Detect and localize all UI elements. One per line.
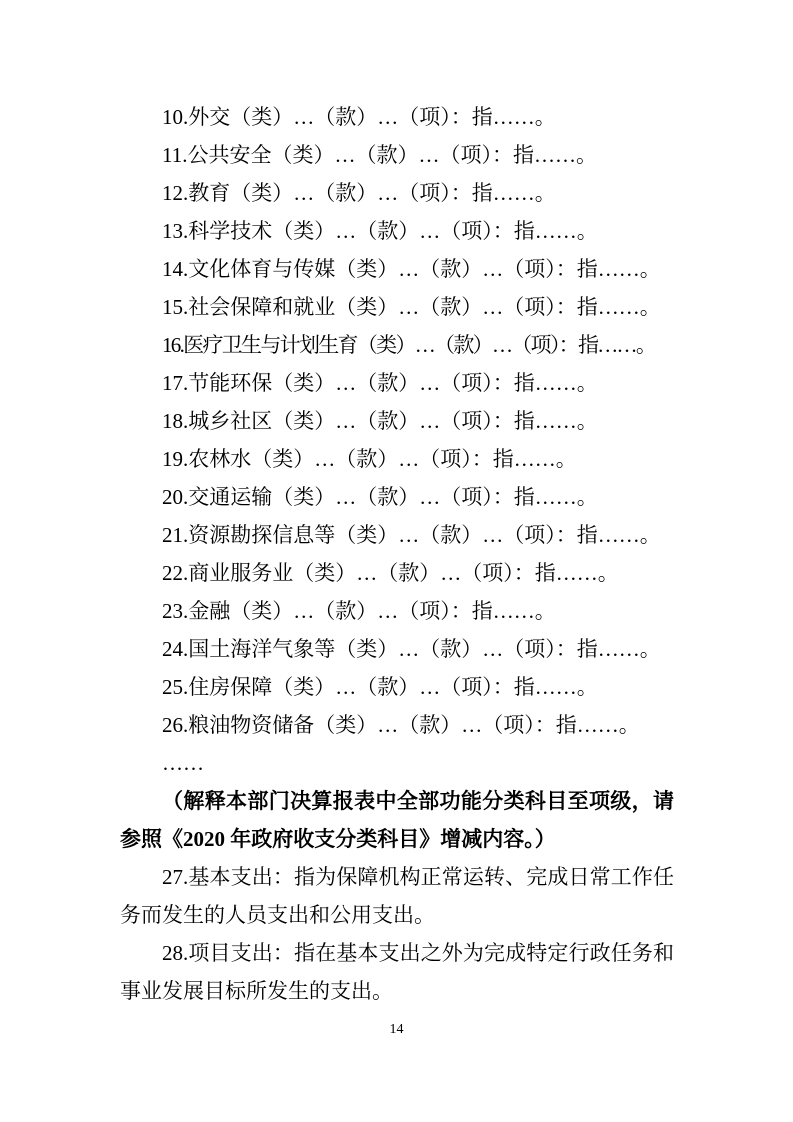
expense-category-item-17: 17.节能环保（类）…（款）…（项）：指……。 [120,364,674,402]
expense-category-item-16: 16.医疗卫生与计划生育（类）…（款）…（项）：指……。 [120,326,674,364]
expense-category-item-22: 22.商业服务业（类）…（款）…（项）：指……。 [120,554,674,592]
expense-category-item-25: 25.住房保障（类）…（款）…（项）：指……。 [120,668,674,706]
page-number: 14 [0,1020,793,1040]
item-28-line-2: 事业发展目标所发生的支出。 [120,972,674,1010]
expense-category-item-26: 26.粮油物资储备（类）…（款）…（项）：指……。 [120,706,674,744]
expense-category-item-10: 10.外交（类）…（款）…（项）：指……。 [120,98,674,136]
note-paragraph: （解释本部门决算报表中全部功能分类科目至项级，请 参照《2020 年政府收支分类… [120,782,674,858]
expense-category-item-23: 23.金融（类）…（款）…（项）：指……。 [120,592,674,630]
expense-category-item-24: 24.国土海洋气象等（类）…（款）…（项）：指……。 [120,630,674,668]
expense-category-item-12: 12.教育（类）…（款）…（项）：指……。 [120,174,674,212]
note-line-1: （解释本部门决算报表中全部功能分类科目至项级，请 [120,782,674,820]
item-27-paragraph: 27.基本支出：指为保障机构正常运转、完成日常工作任 务而发生的人员支出和公用支… [120,858,674,934]
expense-category-item-13: 13.科学技术（类）…（款）…（项）：指……。 [120,212,674,250]
expense-category-item-14: 14.文化体育与传媒（类）…（款）…（项）：指……。 [120,250,674,288]
expense-category-item-18: 18.城乡社区（类）…（款）…（项）：指……。 [120,402,674,440]
note-line-2: 参照《2020 年政府收支分类科目》增减内容。） [120,820,674,858]
expense-category-item-21: 21.资源勘探信息等（类）…（款）…（项）：指……。 [120,516,674,554]
item-28-line-1: 28.项目支出：指在基本支出之外为完成特定行政任务和 [120,934,674,972]
item-28-paragraph: 28.项目支出：指在基本支出之外为完成特定行政任务和 事业发展目标所发生的支出。 [120,934,674,1010]
expense-category-item-15: 15.社会保障和就业（类）…（款）…（项）：指……。 [120,288,674,326]
document-body: 10.外交（类）…（款）…（项）：指……。 11.公共安全（类）…（款）…（项）… [120,98,674,1010]
item-27-line-2: 务而发生的人员支出和公用支出。 [120,896,674,934]
expense-category-item-11: 11.公共安全（类）…（款）…（项）：指……。 [120,136,674,174]
expense-category-item-20: 20.交通运输（类）…（款）…（项）：指……。 [120,478,674,516]
item-27-line-1: 27.基本支出：指为保障机构正常运转、完成日常工作任 [120,858,674,896]
ellipsis-line: …… [120,744,674,782]
expense-category-item-19: 19.农林水（类）…（款）…（项）：指……。 [120,440,674,478]
document-page: 10.外交（类）…（款）…（项）：指……。 11.公共安全（类）…（款）…（项）… [0,0,793,1122]
